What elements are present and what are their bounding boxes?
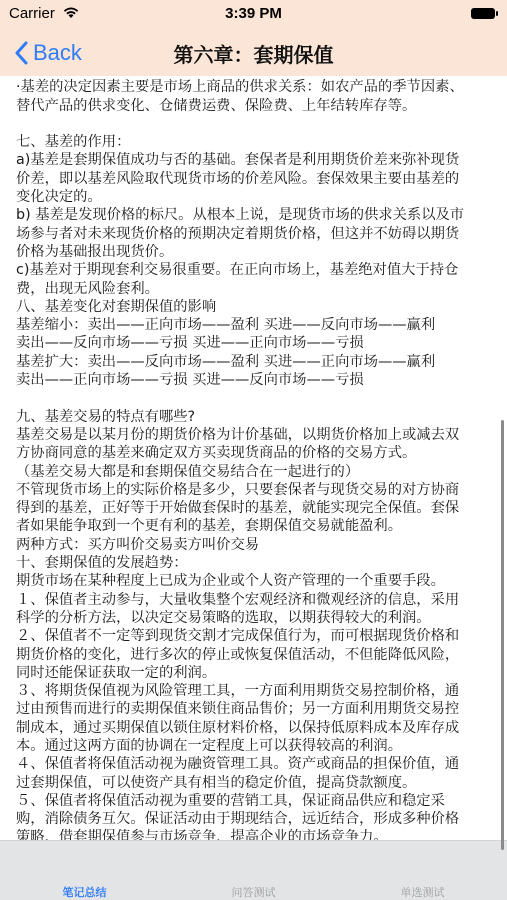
text-line: 购，消除债务互欠。保证活动由于期现结合，远近结合，形成多种价格 <box>16 810 494 828</box>
text-line: 两种方式：买方叫价交易卖方叫价交易 <box>16 536 494 554</box>
text-line: 卖出——正向市场——亏损 买进——反向市场——亏损 <box>16 371 494 389</box>
text-line: 期货价格的变化，进行多次的停止或恢复保值活动，不但能降低风险， <box>16 646 494 664</box>
text-line: ２、保值者不一定等到现货交割才完成保值行为，而可根据现货价格和 <box>16 627 494 645</box>
text-line: 基差交易是以某月份的期货价格为计价基础，以期货价格加上或减去双 <box>16 426 494 444</box>
notes-scroll-view[interactable]: ·…现货市场……盈亏……计价基础·基差的决定因素主要是市场上商品的供求关系：如农… <box>0 60 507 840</box>
text-line: 八、基差变化对套期保值的影响 <box>16 298 494 316</box>
text-line: c)基差对于期现套利交易很重要。在正向市场上，基差绝对值大于持仓 <box>16 261 494 279</box>
navigation-bar: Back 第六章：套期保值 <box>0 30 507 76</box>
text-line: （基差交易大都是和套期保值交易结合在一起进行的） <box>16 463 494 481</box>
text-line: 不管现货市场上的实际价格是多少，只要套保者与现货交易的对方协商 <box>16 481 494 499</box>
text-line: 本。通过这两方面的协调在一定程度上可以获得较高的利润。 <box>16 737 494 755</box>
text-line: 价格为基础报出现货价。 <box>16 243 494 261</box>
text-line: ５、保值者将保值活动视为重要的营销工具，保证商品供应和稳定采 <box>16 792 494 810</box>
text-line: 策略，借套期保值参与市场竞争，提高企业的市场竞争力。 <box>16 828 494 840</box>
text-line: 卖出——反向市场——亏损 买进——正向市场——亏损 <box>16 334 494 352</box>
text-line: 过套期保值，可以使资产具有相当的稳定价值，提高贷款额度。 <box>16 774 494 792</box>
text-line: １、保值者主动参与，大量收集整个宏观经济和微观经济的信息，采用 <box>16 591 494 609</box>
text-line: ·基差的决定因素主要是市场上商品的供求关系：如农产品的季节因素、 <box>16 78 494 96</box>
text-line: 十、套期保值的发展趋势： <box>16 554 494 572</box>
text-line <box>16 389 494 407</box>
text-line: b) 基差是发现价格的标尺。从根本上说，是现货市场的供求关系以及市 <box>16 206 494 224</box>
text-line: 费，出现无风险套利。 <box>16 280 494 298</box>
status-bar: Carrier 3:39 PM <box>0 0 507 30</box>
text-line: 替代产品的供求变化、仓储费运费、保险费、上年结转库存等。 <box>16 97 494 115</box>
text-line: 场参与者对未来现货价格的预期决定着期货价格，但这并不妨碍以期货 <box>16 225 494 243</box>
text-line: 变化决定的。 <box>16 188 494 206</box>
tab-notes-summary[interactable]: 笔记总结 <box>0 884 169 900</box>
text-line <box>16 115 494 133</box>
text-line: a)基差是套期保值成功与否的基础。套保者是利用期货价差来弥补现货 <box>16 151 494 169</box>
text-line: 制成本，通过买期保值以锁住原材料价格，以保持低原料成本及库存成 <box>16 719 494 737</box>
vertical-scrollbar[interactable] <box>501 420 504 850</box>
text-line: ３、将期货保值视为风险管理工具，一方面利用期货交易控制价格，通 <box>16 682 494 700</box>
text-line: 基差缩小：卖出——正向市场——盈利 买进——反向市场——赢利 <box>16 316 494 334</box>
text-line: 过由预售而进行的卖期保值来锁住商品售价；另一方面利用期货交易控 <box>16 700 494 718</box>
text-line: 基差扩大：卖出——反向市场——盈利 买进——正向市场——赢利 <box>16 353 494 371</box>
text-line: 期货市场在某种程度上已成为企业或个人资产管理的一个重要手段。 <box>16 572 494 590</box>
battery-full-icon <box>471 8 495 19</box>
tab-qa-test[interactable]: 问答测试 <box>169 884 338 900</box>
text-line: 同时还能保证获取一定的利润。 <box>16 664 494 682</box>
text-line: 科学的分析方法，以决定交易策略的选取，以期获得较大的利润。 <box>16 609 494 627</box>
tab-bar: 笔记总结 问答测试 单选测试 <box>0 840 507 900</box>
notes-text: ·…现货市场……盈亏……计价基础·基差的决定因素主要是市场上商品的供求关系：如农… <box>16 72 494 840</box>
text-line: 七、基差的作用： <box>16 133 494 151</box>
text-line: 九、基差交易的特点有哪些? <box>16 408 494 426</box>
clock: 3:39 PM <box>0 5 507 22</box>
text-line: ４、保值者将保值活动视为融资管理工具。资产或商品的担保价值，通 <box>16 755 494 773</box>
tab-single-choice-test[interactable]: 单选测试 <box>338 884 507 900</box>
text-line: 价差，即以基差风险取代现货市场的价差风险。套保效果主要由基差的 <box>16 170 494 188</box>
text-line: 方协商同意的基差来确定双方买卖现货商品的价格的交易方式。 <box>16 444 494 462</box>
text-line: 得到的基差，正好等于开始做套保时的基差，就能实现完全保值。套保 <box>16 499 494 517</box>
page-title: 第六章：套期保值 <box>0 39 507 68</box>
text-line: 者如果能争取到一个更有利的基差，套期保值交易就能盈利。 <box>16 517 494 535</box>
